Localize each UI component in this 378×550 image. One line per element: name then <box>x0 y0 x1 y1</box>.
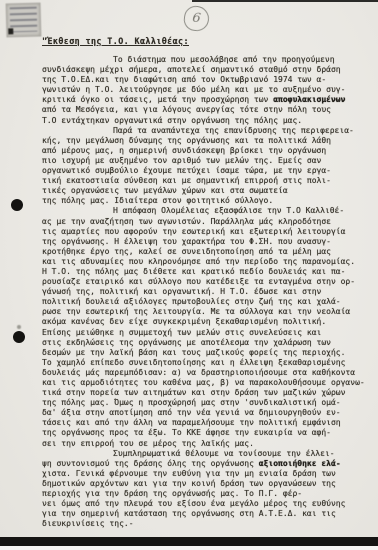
text-line: και τις αρμοδιότητες του καθένα μας, β) … <box>42 378 354 388</box>
text-line: Συμπληρωματικά θέλουμε να τονίσουμε την … <box>42 449 354 459</box>
text-run: της πόλης μας. Όμως η προσχώρησή μας στη… <box>42 398 341 407</box>
text-line: από μέρους μας, η σημερινή συνδιάσκεψη β… <box>42 146 354 156</box>
text-line: Το χαμηλό επίπεδο συνειδητοποίησης και η… <box>42 358 354 368</box>
text-run: δημοτικών αρχόντων και για την κοινή δρά… <box>42 479 336 488</box>
text-run: ψη συντονισμού της δράσης όλης της οργάν… <box>42 459 259 468</box>
text-run: ρωσε την εσωτερική της λειτουργία. Με τα… <box>42 307 350 316</box>
text-line: κροτήθηκε έργο της, καλεί σε συνειδητοπο… <box>42 247 354 257</box>
document-heading: "Έκθεση της Τ.Ο. Καλλιθέας: <box>42 36 354 46</box>
text-line: ας με την αναζήτηση των αγωνιστών. Παράλ… <box>42 217 354 227</box>
text-line: πολιτική δουλειά αξιόλογες πρωτοβουλίες … <box>42 297 354 307</box>
text-run: της πόλης μας. Ιδιαίτερα στον φοιτητικό … <box>42 196 273 205</box>
text-line: τάσεις και από την άλλη να παραμελήσουμε… <box>42 418 354 428</box>
text-run: πολιτική δουλειά αξιόλογες πρωτοβουλίες … <box>42 297 341 306</box>
text-line: τικές οργανώσεις των μεγάλων χώρων και σ… <box>42 186 354 196</box>
text-line: από τα Μεσόγεια, και για λόγους ανεργίας… <box>42 105 354 115</box>
text-line: κριτικά όγκο οι τάσεις, μετά την προσχώρ… <box>42 95 354 105</box>
text-line: της πόλης μας. Όμως η προσχώρησή μας στη… <box>42 398 354 408</box>
text-run: δουλειάς μάς παρεμπόδισαν: α) να δραστηρ… <box>42 368 355 377</box>
punch-hole-top <box>11 199 23 211</box>
text-run: τικές οργανώσεις των μεγάλων χώρων και σ… <box>42 186 288 195</box>
text-line: Η απόφαση Ολομέλειας εξασφάλισε την Τ.Ο … <box>42 206 354 216</box>
text-line: ρουσίαζε εταιρικό και σύλλογο που κατέδε… <box>42 277 354 287</box>
emphasized-text: αξιοποιήθηκε ελά- <box>259 459 341 468</box>
text-run: Η Τ.Ο. της πόλης μας διέθετε και κρατικό… <box>42 267 345 276</box>
paragraph: Η απόφαση Ολομέλειας εξασφάλισε την Τ.Ο … <box>42 206 354 448</box>
text-run: διευκρινίσεις της.- <box>42 519 134 528</box>
text-run: Η απόφαση Ολομέλειας εξασφάλισε την Τ.Ο … <box>113 206 344 215</box>
text-line: δημοτικών αρχόντων και για την κοινή δρά… <box>42 479 354 489</box>
text-run: Παρά τα αναπάντεχα της επανίδρυσης της π… <box>113 126 354 135</box>
text-line: κής, την μεγάλωση δύναμης της οργάνωσης … <box>42 136 354 146</box>
text-run: τική εκατοστιαία σύνθεση και με σημαντικ… <box>42 176 331 185</box>
text-line: της οργάνωσης προς τα έξω. Το ΚΚΕ άφησε … <box>42 428 354 438</box>
text-line: Το διάστημα που μεσολάβησε από την προηγ… <box>42 55 354 65</box>
scan-speck <box>17 325 21 329</box>
text-run: και τις αρμοδιότητες του καθένα μας, β) … <box>42 378 365 387</box>
stamp-ink-blotch <box>8 28 13 34</box>
text-line: για την σημερινή κατάσταση της οργάνωσης… <box>42 509 354 519</box>
text-run: από μέρους μας, η σημερινή συνδιάσκεψη β… <box>42 146 326 155</box>
text-line: ρωσε την εσωτερική της λειτουργία. Με τα… <box>42 307 354 317</box>
text-line: Επίσης μειώθηκε η συμμετοχή των μελών στ… <box>42 328 354 338</box>
paragraphs: Το διάστημα που μεσολάβησε από την προηγ… <box>42 55 354 529</box>
text-run: νει όμως από την πλευρά του εξίσου ένα μ… <box>42 499 345 508</box>
text-run: δα' άξια στην αποτίμηση από την νέα γενι… <box>42 408 341 417</box>
page-number-circled: 6 <box>183 5 211 33</box>
text-run: τικά στην πορεία των αιτημάτων και στην … <box>42 388 345 397</box>
text-line: τική εκατοστιαία σύνθεση και με σημαντικ… <box>42 176 354 186</box>
text-line: Παρά τα αναπάντεχα της επανίδρυσης της π… <box>42 126 354 136</box>
text-run: Το χαμηλό επίπεδο συνειδητοποίησης και η… <box>42 358 345 367</box>
text-line: συνδιάσκεψη μέχρι σήμερα, αποτελεί σημαν… <box>42 65 354 75</box>
text-run: οργανωτικό συμβούλιο έχουμε πετύχει ίσαμ… <box>42 166 331 175</box>
stamp-text-lines <box>10 7 38 33</box>
text-run: γάνωσή της, πολιτική και οργανωτική. Η Τ… <box>42 287 321 296</box>
text-line: ψη συντονισμού της δράσης όλης της οργάν… <box>42 459 354 469</box>
text-run: και τις αδυναμίες που κληρονόμησε από τη… <box>42 257 355 266</box>
text-line: τικά στην πορεία των αιτημάτων και στην … <box>42 388 354 398</box>
text-run: για την σημερινή κατάσταση της οργάνωσης… <box>42 509 336 518</box>
text-run: ας με την αναζήτηση των αγωνιστών. Παράλ… <box>42 217 331 226</box>
text-run: γωνιστών η Τ.Ο. λειτούργησε με δύο μέλη … <box>42 85 345 94</box>
text-run: Τ.Ο εντάχτηκαν οργανωτικά στην οργάνωση … <box>42 116 302 125</box>
document-body: "Έκθεση της Τ.Ο. Καλλιθέας: Το διάστημα … <box>42 36 354 529</box>
text-run: κριτικά όγκο οι τάσεις, μετά την προσχώρ… <box>42 95 273 104</box>
text-run: περιοχής για την δράση της οργάνωσής μας… <box>42 489 302 498</box>
text-run: Συμπληρωματικά θέλουμε να τονίσουμε την … <box>113 449 335 458</box>
text-line: της πόλης μας. Ιδιαίτερα στον φοιτητικό … <box>42 196 354 206</box>
text-line: ακόμα κανένας δεν είχε συγκεκριμένη ξεκα… <box>42 317 354 327</box>
text-run: ρουσίαζε εταιρικό και σύλλογο που κατέδε… <box>42 277 355 286</box>
text-line: διευκρινίσεις της.- <box>42 519 354 529</box>
text-line: δεσμών με την λαϊκή βάση και τους μαζικο… <box>42 348 354 358</box>
text-line: γωνιστών η Τ.Ο. λειτούργησε με δύο μέλη … <box>42 85 354 95</box>
punch-hole-bottom <box>13 331 25 343</box>
scan-margin-strip <box>0 546 378 550</box>
text-line: τις αμαρτίες που αφορούν την εσωτερική κ… <box>42 227 354 237</box>
text-run: χιστα. Γενικά φέρνουμε την ευθύνη για τη… <box>42 469 336 478</box>
text-run: στις εκδηλώσεις της οργάνωσης με αποτέλε… <box>42 338 331 347</box>
text-line: της οργάνωσης. Η έλλειψη του χαρακτήρα τ… <box>42 237 354 247</box>
text-line: της Τ.Ο.ΕΔ.και την διαφώτιση από τον Οκτ… <box>42 75 354 85</box>
text-run: της οργάνωσης προς τα έξω. Το ΚΚΕ άφησε … <box>42 428 331 437</box>
text-line: Τ.Ο εντάχτηκαν οργανωτικά στην οργάνωση … <box>42 116 354 126</box>
text-line: χιστα. Γενικά φέρνουμε την ευθύνη για τη… <box>42 469 354 479</box>
emphasized-text: αποφυλακισμένων <box>273 95 345 104</box>
scan-edge-artifact-top <box>192 0 378 2</box>
text-line: περιοχής για την δράση της οργάνωσής μας… <box>42 489 354 499</box>
paragraph: Το διάστημα που μεσολάβησε από την προηγ… <box>42 55 354 126</box>
text-line: στις εκδηλώσεις της οργάνωσης με αποτέλε… <box>42 338 354 348</box>
text-run: δεσμών με την λαϊκή βάση και τους μαζικο… <box>42 348 345 357</box>
text-run: της οργάνωσης. Η έλλειψη του χαρακτήρα τ… <box>42 237 331 246</box>
text-line: δουλειάς μάς παρεμπόδισαν: α) να δραστηρ… <box>42 368 354 378</box>
paragraph: Συμπληρωματικά θέλουμε να τονίσουμε την … <box>42 449 354 530</box>
text-line: γάνωσή της, πολιτική και οργανωτική. Η Τ… <box>42 287 354 297</box>
text-run: από τα Μεσόγεια, και για λόγους ανεργίας… <box>42 105 331 114</box>
text-line: πιο ισχυρή με αυξημένο τον αριθμό των με… <box>42 156 354 166</box>
text-run: της Τ.Ο.ΕΔ.και την διαφώτιση από τον Οκτ… <box>42 75 326 84</box>
text-run: σει την επιρροή του σε μέρος της λαϊκής … <box>42 439 254 448</box>
text-line: νει όμως από την πλευρά του εξίσου ένα μ… <box>42 499 354 509</box>
text-line: και τις αδυναμίες που κληρονόμησε από τη… <box>42 257 354 267</box>
text-run: τις αμαρτίες που αφορούν την εσωτερική κ… <box>42 227 345 236</box>
scan-edge-artifact-bottom <box>0 537 378 546</box>
text-line: σει την επιρροή του σε μέρος της λαϊκής … <box>42 439 354 449</box>
text-run: ακόμα κανένας δεν είχε συγκεκριμένη ξεκα… <box>42 317 326 326</box>
text-run: κροτήθηκε έργο της, καλεί σε συνειδητοπο… <box>42 247 331 256</box>
text-line: οργανωτικό συμβούλιο έχουμε πετύχει ίσαμ… <box>42 166 354 176</box>
scanned-page: 6 "Έκθεση της Τ.Ο. Καλλιθέας: Το διάστημ… <box>0 0 378 550</box>
paragraph: Παρά τα αναπάντεχα της επανίδρυσης της π… <box>42 126 354 207</box>
text-run: κής, την μεγάλωση δύναμης της οργάνωσης … <box>42 136 331 145</box>
text-run: πιο ισχυρή με αυξημένο τον αριθμό των με… <box>42 156 321 165</box>
text-run: Επίσης μειώθηκε η συμμετοχή των μελών στ… <box>42 328 321 337</box>
text-run: Το διάστημα που μεσολάβησε από την προηγ… <box>113 55 335 64</box>
text-run: τάσεις και από την άλλη να παραμελήσουμε… <box>42 418 341 427</box>
text-run: συνδιάσκεψη μέχρι σήμερα, αποτελεί σημαν… <box>42 65 341 74</box>
archive-stamp <box>6 3 42 38</box>
text-line: Η Τ.Ο. της πόλης μας διέθετε και κρατικό… <box>42 267 354 277</box>
text-line: δα' άξια στην αποτίμηση από την νέα γενι… <box>42 408 354 418</box>
